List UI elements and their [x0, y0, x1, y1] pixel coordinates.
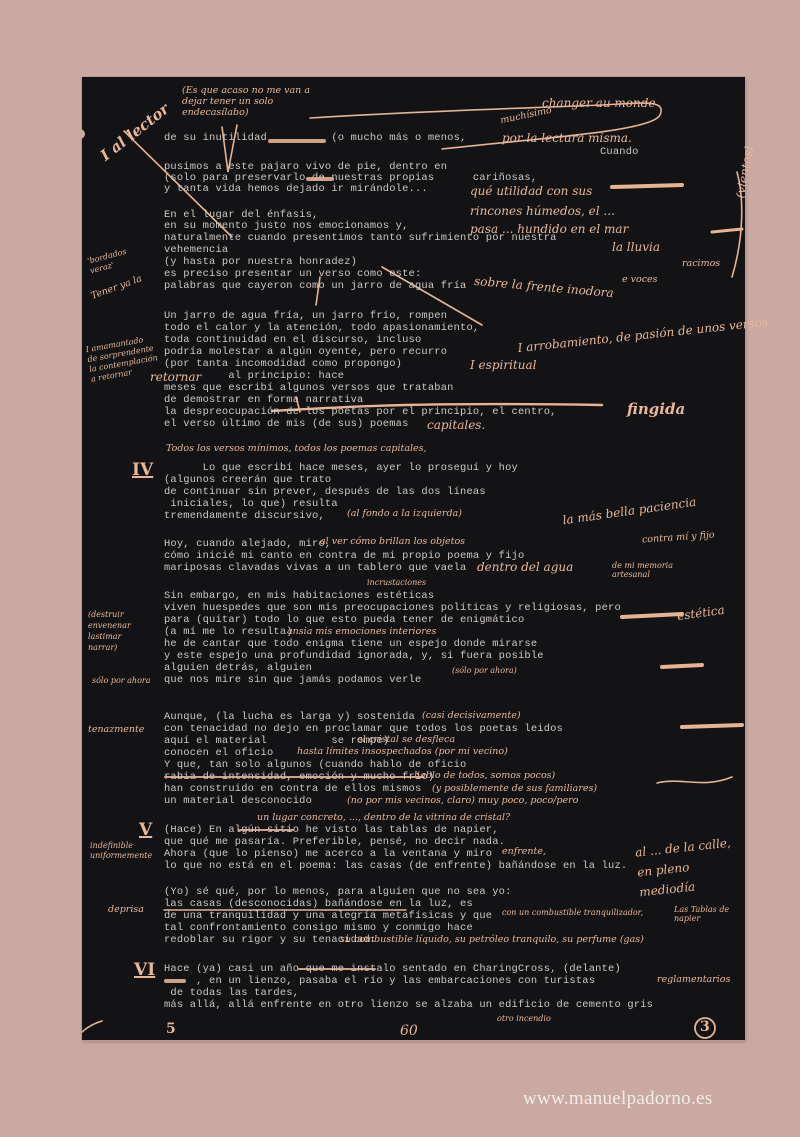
typed-line: meses que escribí algunos versos que tra…: [164, 383, 454, 394]
right-note-lluvia: la lluvia: [612, 241, 660, 253]
note-a-la-izquierda: (al fondo a la izquierda): [347, 509, 462, 519]
note-no-por-vecinos: (no por mis vecinos, claro) muy poco, po…: [347, 796, 578, 806]
typed-line: el verso último de mis (de sus) poemas: [164, 419, 409, 430]
strike-mark: [238, 829, 294, 831]
typed-line: de continuar sin prever, después de las …: [164, 487, 486, 498]
typed-line: podría molestar a algún oyente, pero rec…: [164, 347, 447, 358]
typed-line: (algunos creerán que trato: [164, 475, 331, 486]
strike-mark: [306, 177, 334, 181]
right-note-racimos: racimos: [682, 259, 720, 269]
note-enfrente: enfrente,: [502, 847, 546, 857]
line1-right-note: por la lectura misma.: [502, 132, 632, 144]
typed-line: tremendamente discursivo,: [164, 511, 325, 522]
right-note-rincones: rincones húmedos, el ...: [470, 205, 615, 217]
typed-line: de una tranquilidad y una alegría metafí…: [164, 911, 492, 922]
typed-line: más allá, allá enfrente en otro lienzo s…: [164, 1000, 653, 1011]
note-posiblemente: (y posiblemente de sus familiares): [432, 784, 597, 794]
typed-line: han construido en contra de ellos mismos: [164, 784, 421, 795]
typed-line: y tanta vida hemos dejado ir mirándole..…: [164, 184, 428, 195]
typed-line: viven huespedes que son mis preocupacion…: [164, 603, 621, 614]
right-note-utilidad: qué utilidad con sus: [470, 185, 592, 197]
typed-line: (por tanta incomodidad como propongo): [164, 359, 402, 370]
note-combustible-tranquilizador: con un combustible tranquilizador,: [502, 909, 643, 917]
margin-note-retornar: retornar: [150, 371, 201, 383]
margin-note-tenazmente: tenazmente: [88, 725, 144, 735]
manuscript-sheet: de su inutilidad (o mucho más o menos, p…: [82, 77, 745, 1040]
strike-mark: [298, 968, 376, 970]
page-number-left: 5: [166, 1021, 176, 1037]
top-right-note: changer au monde: [542, 97, 655, 109]
note-tablas-napier: Las Tablas de napier: [674, 905, 744, 923]
margin-note-solo-por-ahora: sólo por ahora: [92, 677, 150, 685]
typed-line: palabras que cayeron como un jarro de ag…: [164, 281, 466, 292]
website-watermark: www.manuelpadorno.es: [523, 1088, 712, 1110]
typed-line: lo que no está en el poema: las casas (d…: [164, 861, 627, 872]
typed-line: , en un lienzo, pasaba el río y las emba…: [164, 976, 595, 987]
typed-line: (y hasta por nuestra honradez): [164, 257, 357, 268]
note-hablo-todos: hablo de todos, somos pocos): [414, 771, 555, 781]
page-number-right-circled: 3: [700, 1019, 710, 1035]
note-fingida: fingida: [627, 402, 685, 417]
typed-line: tal confrontamiento consigo mismo y conm…: [164, 923, 473, 934]
typed-line: la despreocupación de los poetas por el …: [164, 407, 557, 418]
strike-mark: [164, 979, 186, 983]
typed-line: las casas (desconocidas) bañándose en la…: [164, 899, 473, 910]
note-todos-los-versos: Todos los versos mínimos, todos los poem…: [166, 444, 427, 454]
typed-cuando: Cuando: [600, 147, 639, 158]
typed-line: Aunque, (la lucha es larga y) sostenida: [164, 712, 415, 723]
typed-line: alguien detrás, alguien: [164, 663, 312, 674]
note-brillan-objetos: al ver cómo brillan los objetos: [320, 537, 465, 547]
note-de-la-calle: al ... de la calle, en pleno mediodía: [634, 832, 745, 903]
note-el-cristal: el cristal se desfleca: [357, 735, 455, 745]
typed-line: de todas las tardes,: [164, 988, 299, 999]
note-casi-decisivamente: (casi decisivamente): [422, 711, 521, 721]
typed-line: (Hace) En algún sitio he visto las tabla…: [164, 825, 499, 836]
typed-line: en su momento justo nos emocionamos y,: [164, 221, 409, 232]
typed-line: Hoy, cuando alejado, miro,: [164, 539, 331, 550]
margin-note-destruir: (destruir envenenar lastimar narrar): [88, 609, 146, 653]
typed-line: y este espejo una profundidad ignorada, …: [164, 651, 544, 662]
typed-line: vehemencia: [164, 245, 228, 256]
typed-line: Ahora (que lo pienso) me acerco a la ven…: [164, 849, 492, 860]
note-lugar-concreto: un lugar concreto, ..., dentro de la vit…: [257, 813, 510, 823]
typed-line: (Yo) sé qué, por lo menos, para alguien …: [164, 887, 512, 898]
strike-mark: [268, 139, 326, 143]
typed-line: para (quitar) todo lo que esto pueda ten…: [164, 615, 524, 626]
note-combustible: su combustible líquido, su petróleo tran…: [340, 935, 644, 945]
top-margin-note: (Es que acaso no me van a dejar tener un…: [182, 85, 312, 118]
note-solo-por-ahora: (sólo por ahora): [452, 667, 517, 675]
typed-line: he de cantar que todo enigma tiene un es…: [164, 639, 537, 650]
typed-line: iniciales, lo que) resulta: [164, 499, 338, 510]
typed-line: que nos mire sin que jamás podamos verle: [164, 675, 421, 686]
page-number-center: 60: [400, 1023, 418, 1039]
note-otro-incendio: otro incendio: [497, 1015, 551, 1023]
note-ansia-emociones: ansia mis emociones interiores: [287, 627, 436, 637]
typed-line: mariposas clavadas vivas a un tablero qu…: [164, 563, 466, 574]
typed-line: Sin embargo, en mis habitaciones estétic…: [164, 591, 434, 602]
note-capitales: capitales.: [427, 419, 485, 431]
typed-line: conocen el oficio: [164, 748, 273, 759]
note-dentro-del-agua: dentro del agua: [477, 561, 573, 573]
typed-line: Lo que escribí hace meses, ayer lo prose…: [164, 463, 518, 474]
typed-line: es preciso presentar un verso como este:: [164, 269, 421, 280]
typed-line: toda continuidad en el discurso, incluso: [164, 335, 421, 346]
margin-note-deprisa: deprisa: [108, 905, 144, 915]
typed-line: de demostrar en forma narrativa: [164, 395, 364, 406]
typed-line: que qué me pasaría. Preferible, pensé, n…: [164, 837, 505, 848]
typed-line: todo el calor y la atención, todo apasio…: [164, 323, 479, 334]
section-numeral-v: V: [139, 820, 152, 840]
typed-line: Hace (ya) casi un año que me instalo sen…: [164, 964, 621, 975]
typed-line: (a mí me lo resulta): [164, 627, 293, 638]
right-note-voces: e voces: [622, 275, 658, 285]
note-hasta-limites: hasta límites insospechados (por mi veci…: [297, 747, 508, 757]
typed-line: Un jarro de agua fría, un jarro frío, ro…: [164, 311, 447, 322]
right-note-hundido: pasa ... hundido en el mar: [470, 223, 628, 235]
margin-note-indefinible: indefinible uniformemente: [90, 841, 158, 861]
typed-line: un material desconocido: [164, 796, 312, 807]
section-numeral-iv: IV: [132, 460, 153, 480]
note-incrustaciones: incrustaciones: [367, 579, 426, 587]
note-espiritual: I espiritual: [470, 359, 536, 371]
strike-mark: [164, 776, 424, 778]
typed-line: cómo inicié mi canto en contra de mi pro…: [164, 551, 524, 562]
note-reglamentarios: reglamentarios: [657, 975, 730, 985]
note-memoria-artesanal: de mi memoria artesanal: [612, 561, 702, 579]
section-numeral-vi: VI: [134, 960, 155, 980]
